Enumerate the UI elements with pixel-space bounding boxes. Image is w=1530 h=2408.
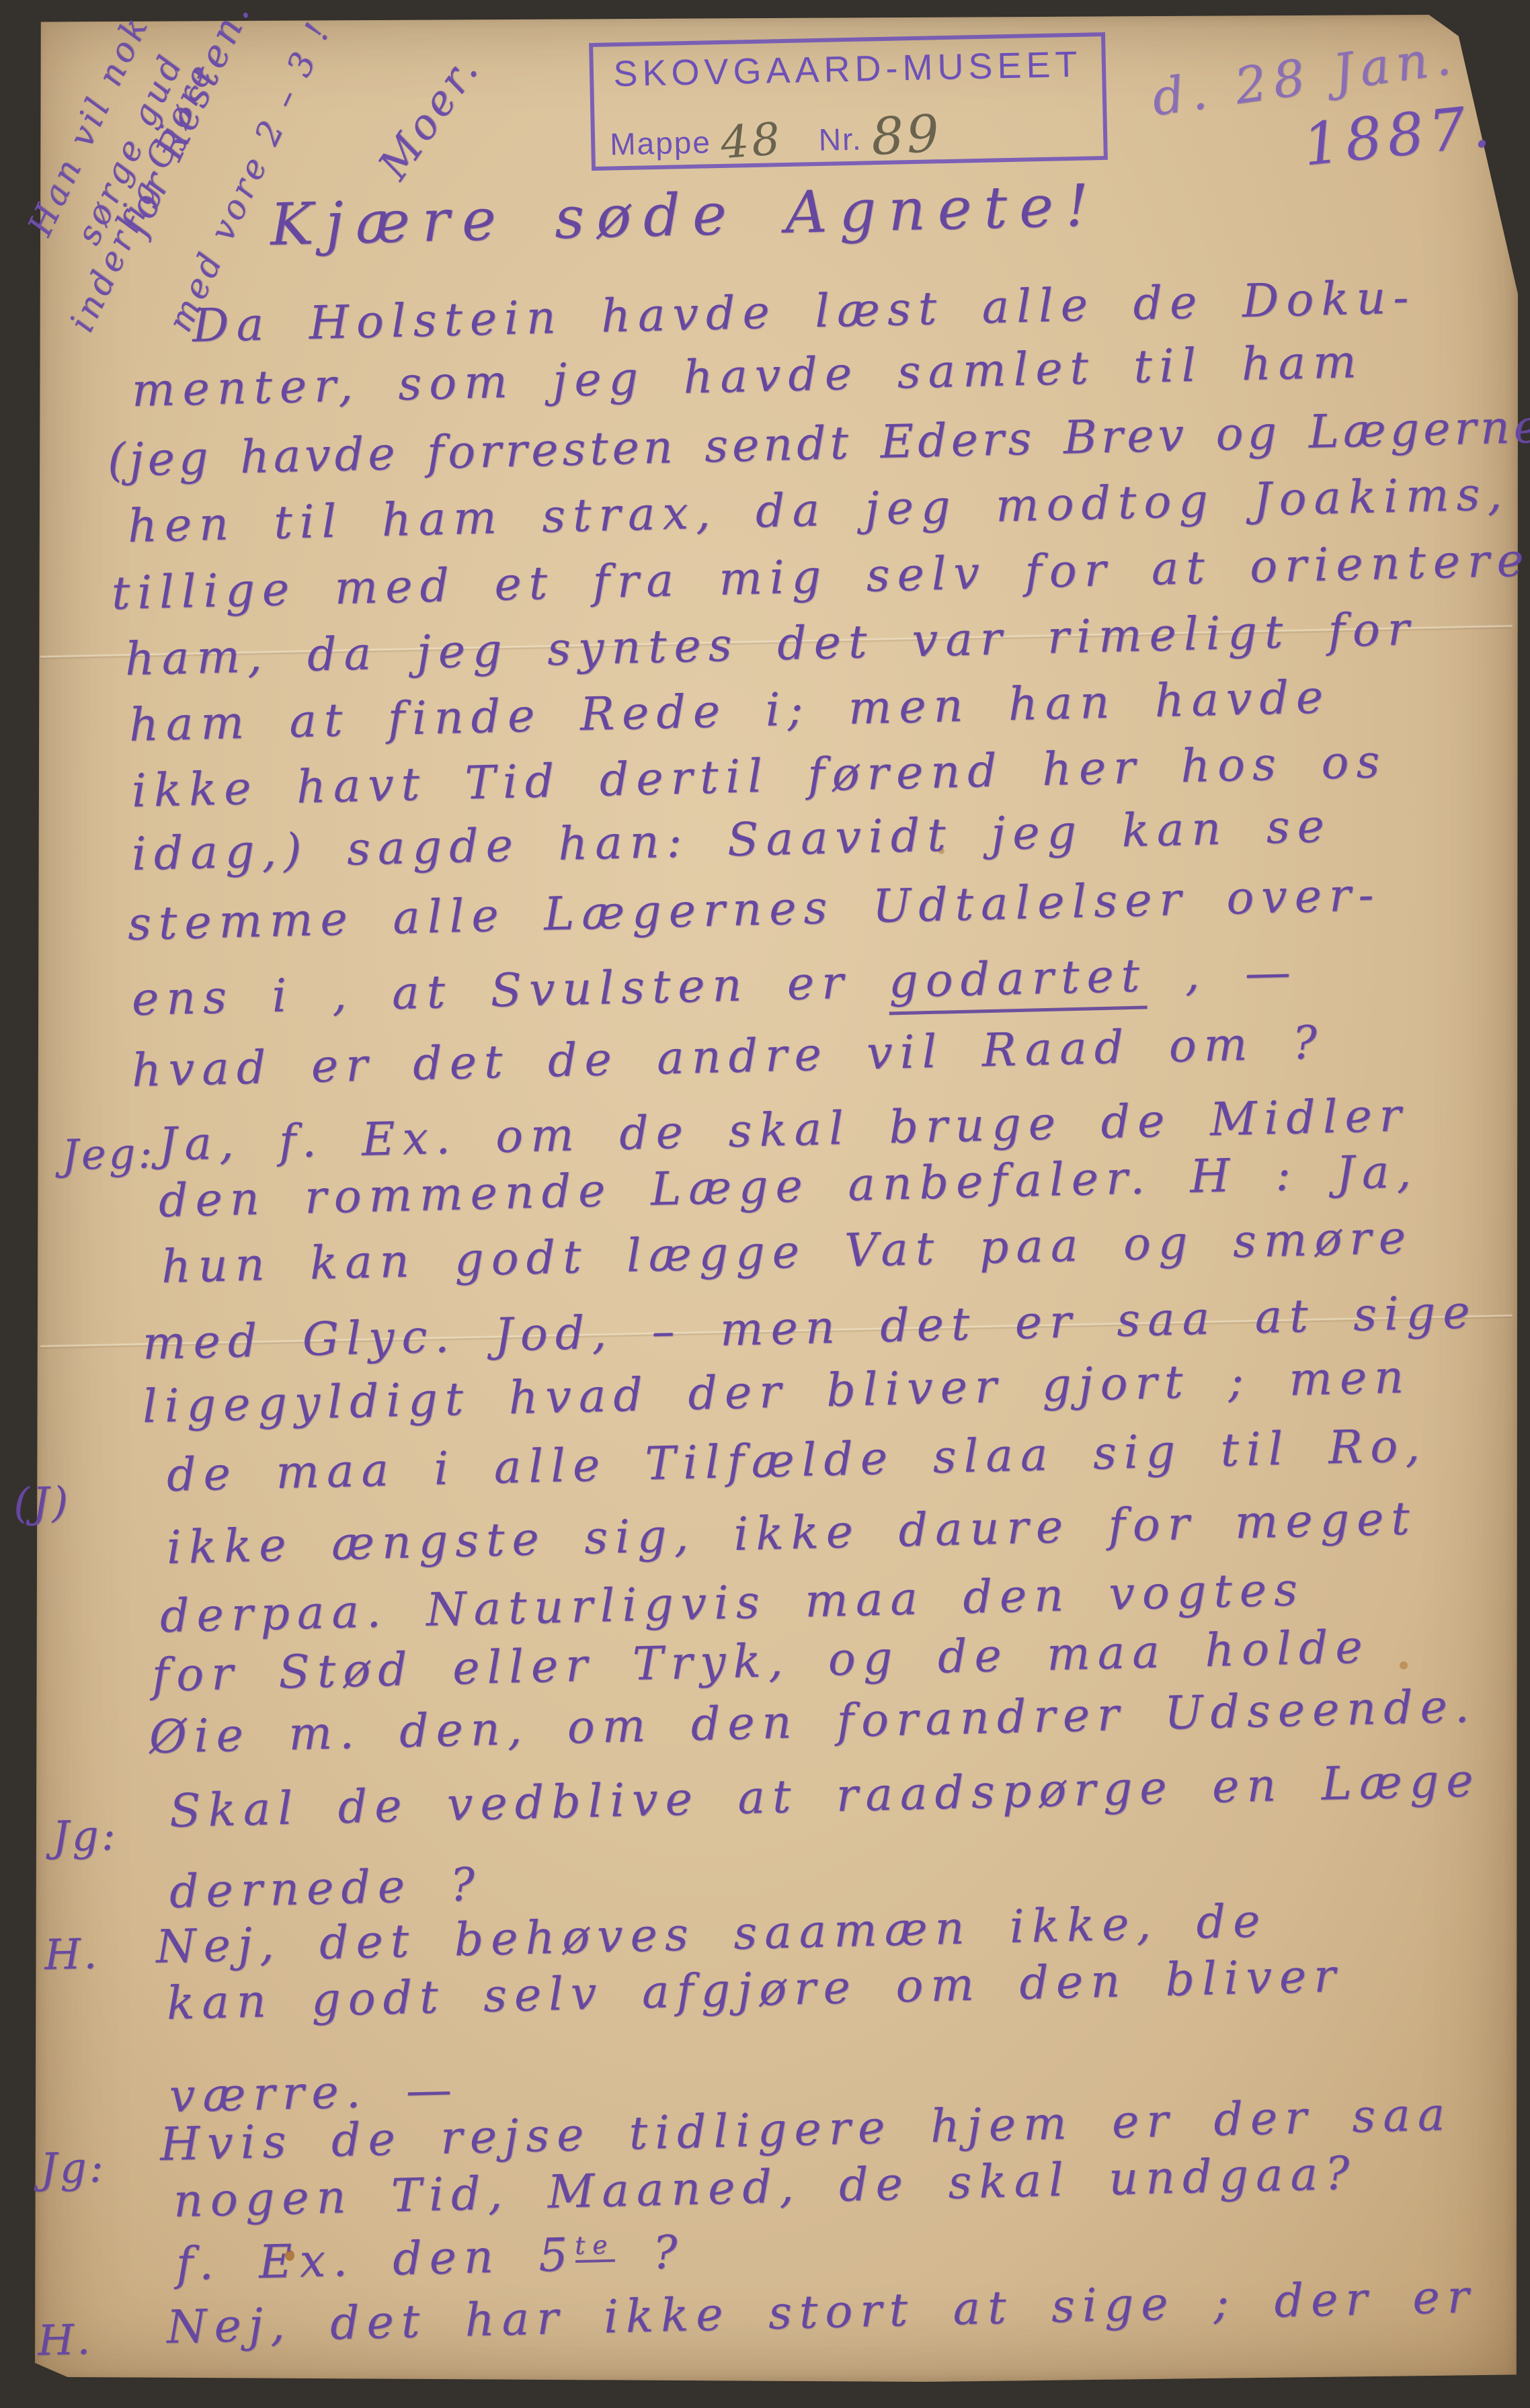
stamp-number-label: Nr. <box>818 121 862 158</box>
speaker-label: (J) <box>13 1481 71 1524</box>
underlined-word: godartet <box>888 949 1147 1015</box>
scanned-letter-page: SKOVGAARD-MUSEET Mappe 48 Nr. 89 d. 28 J… <box>0 0 1530 2408</box>
stamp-item-number: 89 <box>871 114 943 159</box>
superscript-ordinal: te <box>575 2230 615 2263</box>
speaker-label: H. <box>37 2319 93 2362</box>
museum-stamp: SKOVGAARD-MUSEET Mappe 48 Nr. 89 <box>589 32 1108 171</box>
speaker-label: Jeg: <box>61 1132 155 1176</box>
stamp-folder-number: 48 <box>719 122 784 161</box>
speaker-label: H. <box>44 1933 99 1976</box>
foxing-speck <box>1400 1661 1408 1669</box>
stamp-museum-name: SKOVGAARD-MUSEET <box>613 44 1082 95</box>
speaker-label: Jg: <box>40 2147 106 2190</box>
letter-line: dernede ? <box>169 1862 483 1915</box>
speaker-label: Jg: <box>52 1815 118 1858</box>
stamp-folder-label: Mappe <box>610 124 712 162</box>
